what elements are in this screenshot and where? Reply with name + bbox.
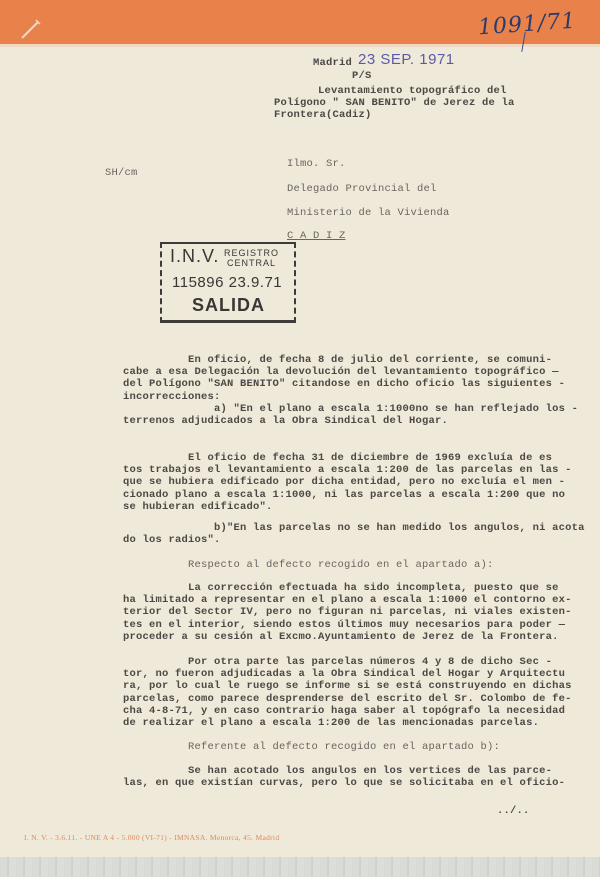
body-line: a) "En el plano a escala 1:1000no se han…	[123, 403, 578, 415]
reference: P/S	[352, 70, 372, 82]
recipient-city: C A D I Z	[287, 230, 346, 242]
body-line: terrenos adjudicados a la Obra Sindical …	[123, 415, 448, 427]
stamp-label-line-1: REGISTRO	[224, 248, 279, 258]
body-line: las, en que existían curvas, pero lo que…	[123, 777, 565, 789]
body-line: proceder a su cesión al Excmo.Ayuntamien…	[123, 631, 559, 643]
printer-imprint: I. N. V. - 3.6.11. - UNE A 4 - 5.000 (VI…	[24, 833, 279, 842]
initials: SH/cm	[105, 167, 138, 179]
body-line: Referente al defecto recogido en el apar…	[123, 741, 500, 753]
body-line: cha 4-8-71, y en caso contrario haga sab…	[123, 705, 565, 717]
scan-edge	[0, 857, 600, 877]
subject-line-3: Frontera(Cadiz)	[274, 109, 372, 121]
body-line: cionado plano a escala 1:1000, ni las pa…	[123, 489, 565, 501]
body-line: que se hubiera edificado por dicha entid…	[123, 476, 565, 488]
pen-mark-icon	[20, 16, 44, 40]
body-line: terior del Sector IV, pero no figuran ni…	[123, 606, 572, 618]
body-line: tos trabajos el levantamiento a escala 1…	[123, 464, 572, 476]
continuation-mark: ../..	[497, 805, 530, 817]
stamp-org: I.N.V.	[170, 246, 219, 267]
body-line: do los radios".	[123, 534, 221, 546]
header-band-edge	[0, 44, 600, 47]
body-line: En oficio, de fecha 8 de julio del corri…	[123, 354, 552, 366]
body-line: Respecto al defecto recogido en el apart…	[123, 559, 494, 571]
body-line: cabe a esa Delegación la devolución del …	[123, 366, 559, 378]
stamp-number-date: 115896 23.9.71	[172, 274, 282, 291]
body-line: Por otra parte las parcelas números 4 y …	[123, 656, 552, 668]
recipient-line-1: Ilmo. Sr.	[287, 158, 346, 170]
subject-line-1: Levantamiento topográfico del	[318, 85, 507, 97]
body-line: del Polígono "SAN BENITO" citandose en d…	[123, 378, 565, 390]
subject-line-2: Polígono " SAN BENITO" de Jerez de la	[274, 97, 515, 109]
stamp-label-line-2: CENTRAL	[224, 258, 279, 268]
recipient-line-3: Ministerio de la Vivienda	[287, 207, 450, 219]
body-line: ha limitado a representar en el plano a …	[123, 594, 572, 606]
body-line: El oficio de fecha 31 de diciembre de 19…	[123, 452, 552, 464]
body-line: de realizar el plano a escala 1:200 de l…	[123, 717, 539, 729]
body-line: incorrecciones:	[123, 391, 221, 403]
body-line: ra, por lo cual le ruego se informe si s…	[123, 680, 572, 692]
body-line: tor, no fueron adjudicadas a la Obra Sin…	[123, 668, 565, 680]
body-line: b)"En las parcelas no se han medido los …	[123, 522, 585, 534]
body-line: se hubieran edificado".	[123, 501, 273, 513]
recipient-line-2: Delegado Provincial del	[287, 183, 437, 195]
registry-stamp: I.N.V. REGISTRO CENTRAL 115896 23.9.71 S…	[160, 242, 296, 323]
body-line: La corrección efectuada ha sido incomple…	[123, 582, 559, 594]
stamp-label: REGISTRO CENTRAL	[224, 248, 279, 268]
stamp-type: SALIDA	[192, 295, 265, 316]
place: Madrid	[313, 57, 352, 69]
body-line: parcelas, como parece desprenderse del e…	[123, 693, 572, 705]
date-stamp: 23 SEP. 1971	[358, 51, 455, 68]
body-line: tes en el interior, siendo estos últimos…	[123, 619, 565, 631]
body-line: Se han acotado los angulos en los vertic…	[123, 765, 552, 777]
